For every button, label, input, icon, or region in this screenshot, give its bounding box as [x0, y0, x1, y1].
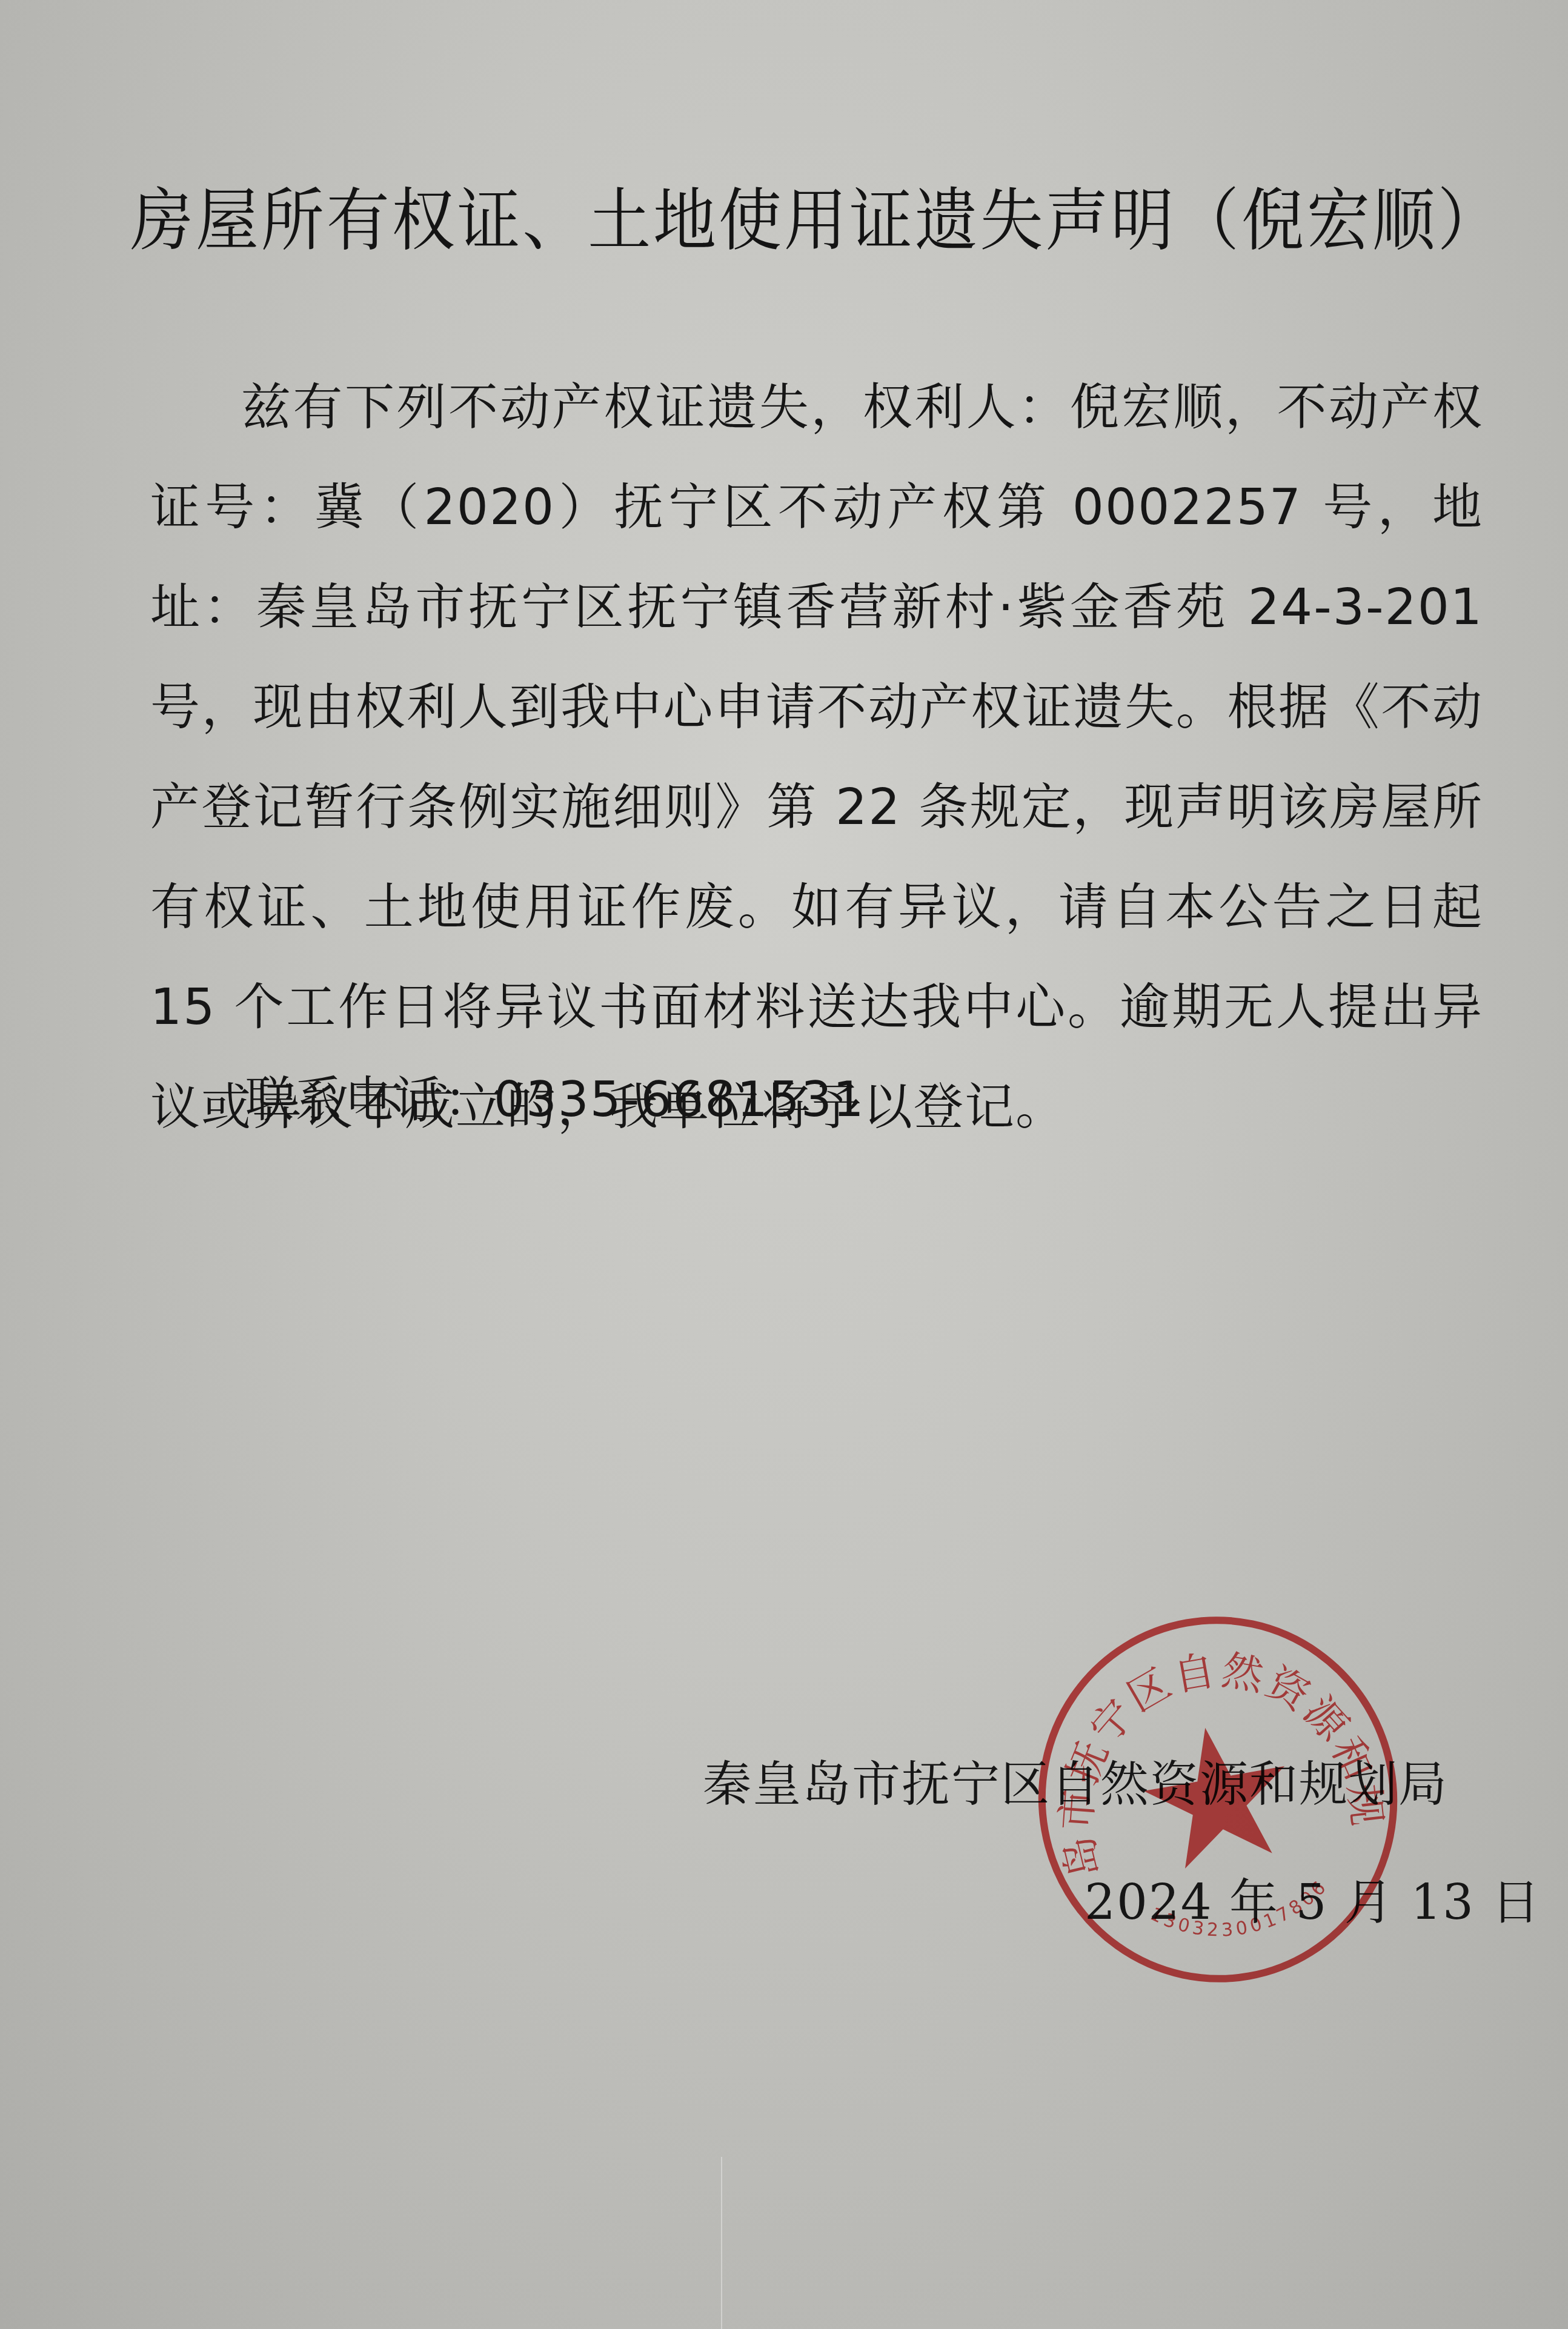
official-seal: 秦皇岛市抚宁区自然资源和规划局 1303230017806 — [1033, 1615, 1403, 1984]
star-icon — [1135, 1715, 1299, 1873]
paper-crease — [721, 2157, 722, 2329]
document-page: 房屋所有权证、土地使用证遗失声明（倪宏顺） 兹有下列不动产权证遗失，权利人：倪宏… — [0, 0, 1568, 2329]
contact-label: 联系电话： — [245, 1071, 494, 1128]
document-title: 房屋所有权证、土地使用证遗失声明（倪宏顺） — [130, 176, 1426, 267]
declaration-paragraph: 兹有下列不动产权证遗失，权利人：倪宏顺，不动产权证号：冀（2020）抚宁区不动产… — [150, 357, 1483, 1157]
seal-code: 1303230017806 — [1144, 1873, 1338, 1955]
svg-text:1303230017806: 1303230017806 — [1144, 1873, 1338, 1955]
contact-phone: 0335-6681531 — [494, 1071, 865, 1128]
declaration-body: 兹有下列不动产权证遗失，权利人：倪宏顺，不动产权证号：冀（2020）抚宁区不动产… — [150, 357, 1483, 1157]
contact-line: 联系电话：0335-6681531 — [245, 1060, 865, 1139]
